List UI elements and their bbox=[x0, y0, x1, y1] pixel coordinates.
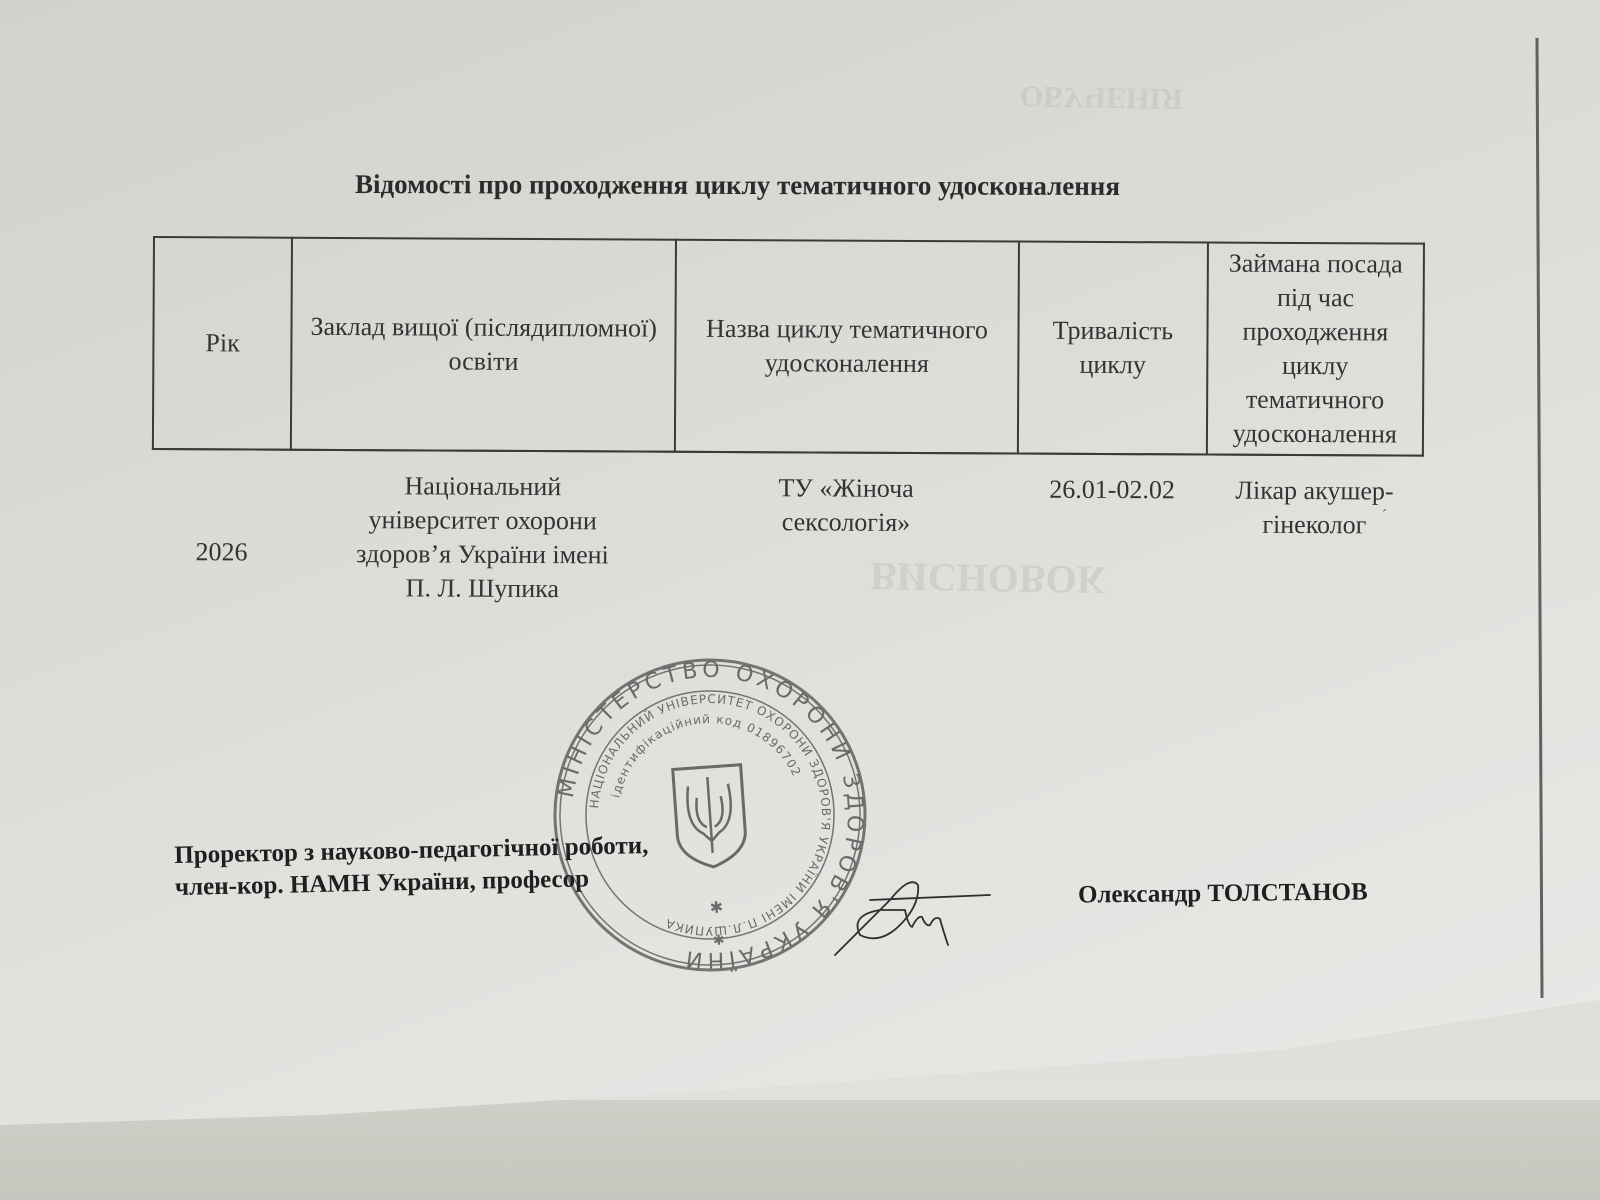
cell-year: 2026 bbox=[152, 449, 291, 606]
header-position: Займана посада під час проходження циклу… bbox=[1207, 243, 1424, 456]
cell-institution: Національний університет охорони здоров’… bbox=[290, 450, 674, 608]
header-duration: Тривалість циклу bbox=[1018, 242, 1208, 455]
page-edge-line bbox=[1535, 38, 1543, 998]
table-row: 2026 Національний університет охорони зд… bbox=[152, 449, 1423, 612]
header-year: Рік bbox=[153, 237, 292, 450]
document-page: ОБУЧЕНІЯ ВИСНОВОК Відомості про проходже… bbox=[0, 0, 1600, 1135]
table-header-row: Рік Заклад вищої (післядипломної) освіти… bbox=[153, 237, 1424, 456]
header-institution: Заклад вищої (післядипломної) освіти bbox=[291, 238, 676, 452]
handwritten-signature bbox=[830, 855, 1000, 965]
svg-text:✱: ✱ bbox=[712, 933, 725, 949]
cell-position: Лікар акушер-гінеколог bbox=[1206, 455, 1423, 612]
document-title: Відомості про проходження циклу тематичн… bbox=[355, 169, 1120, 202]
cell-cycle-name: ТУ «Жіноча сексологія» bbox=[674, 452, 1018, 610]
bleed-through-text: ОБУЧЕНІЯ bbox=[1020, 79, 1183, 116]
cell-duration: 26.01-02.02 bbox=[1017, 454, 1207, 611]
training-info-table: Рік Заклад вищої (післядипломної) освіти… bbox=[151, 236, 1425, 612]
signatory-title: Проректор з науково-педагогічної роботи,… bbox=[174, 830, 675, 904]
pen-mark: ˊ bbox=[1382, 508, 1387, 524]
header-cycle-name: Назва циклу тематичного удосконалення bbox=[675, 240, 1019, 454]
svg-text:✱: ✱ bbox=[709, 899, 724, 917]
signatory-name: Олександр ТОЛСТАНОВ bbox=[1078, 878, 1368, 909]
trident-icon bbox=[673, 765, 748, 869]
